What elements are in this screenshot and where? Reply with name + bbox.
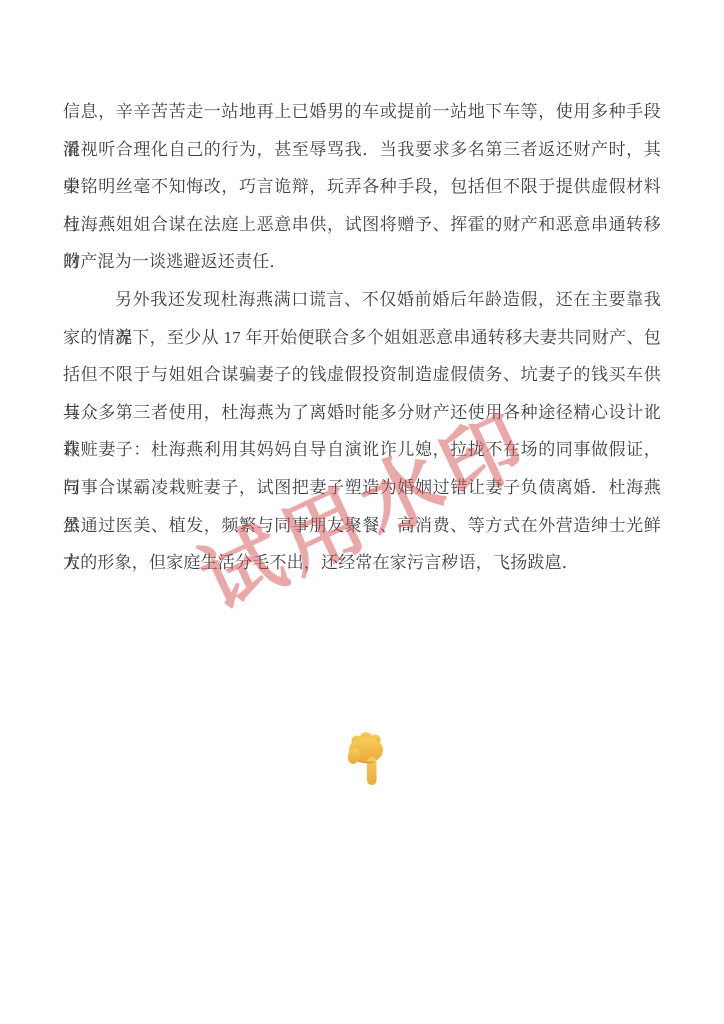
pointing-down-emoji-icon bbox=[340, 727, 392, 789]
document-line: 姜铭明丝毫不知悔改，巧言诡辩，玩弄各种手段，包括但不限于提供虚假材料与 bbox=[63, 168, 661, 206]
document-line: 杜海燕姐姐合谋在法庭上恶意串供，试图将赠予、挥霍的财产和恶意串通转移的 bbox=[63, 206, 661, 244]
document-line: 然通过医美、植发，频繁与同事朋友聚餐、高消费、等方式在外营造绅士光鲜大 bbox=[63, 507, 661, 545]
document-line: 与众多第三者使用，杜海燕为了离婚时能多分财产还使用各种途径精心设计讹诈 bbox=[63, 394, 661, 432]
document-line: 家的情况下，至少从 17 年开始便联合多个姐姐恶意串通转移夫妻共同财产、包 bbox=[63, 319, 661, 357]
document-line: 信息，辛辛苦苦走一站地再上已婚男的车或提前一站地下车等，使用多种手段混 bbox=[63, 93, 661, 131]
hand-shape bbox=[346, 732, 383, 785]
document-line: 括但不限于与姐姐合谋骗妻子的钱虚假投资制造虚假债务、坑妻子的钱买车供其 bbox=[63, 356, 661, 394]
document-line: 方的形象，但家庭生活分毛不出，还经常在家污言秽语，飞扬跋扈． bbox=[63, 544, 661, 582]
document-line: 财产混为一谈逃避返还责任． bbox=[63, 243, 661, 281]
document-line: 淆视听合理化自己的行为，甚至辱骂我．当我要求多名第三者返还财产时，其中 bbox=[63, 131, 661, 169]
paragraph: 另外我还发现杜海燕满口谎言、不仅婚前婚后年龄造假，还在主要靠我养 家的情况下，至… bbox=[63, 281, 661, 582]
document-page: 试用水印 信息，辛辛苦苦走一站地再上已婚男的车或提前一站地下车等，使用多种手段混… bbox=[0, 0, 724, 1024]
document-line: 另外我还发现杜海燕满口谎言、不仅婚前婚后年龄造假，还在主要靠我养 bbox=[115, 281, 661, 319]
document-text-block: 信息，辛辛苦苦走一站地再上已婚男的车或提前一站地下车等，使用多种手段混 淆视听合… bbox=[63, 93, 661, 582]
paragraph: 信息，辛辛苦苦走一站地再上已婚男的车或提前一站地下车等，使用多种手段混 淆视听合… bbox=[63, 93, 661, 281]
document-line: 栽赃妻子：杜海燕利用其妈妈自导自演讹诈儿媳，拉拢不在场的同事做假证，与 bbox=[63, 431, 661, 469]
document-line: 同事合谋霸凌栽赃妻子，试图把妻子塑造为婚姻过错让妻子负债离婚．杜海燕虽 bbox=[63, 469, 661, 507]
